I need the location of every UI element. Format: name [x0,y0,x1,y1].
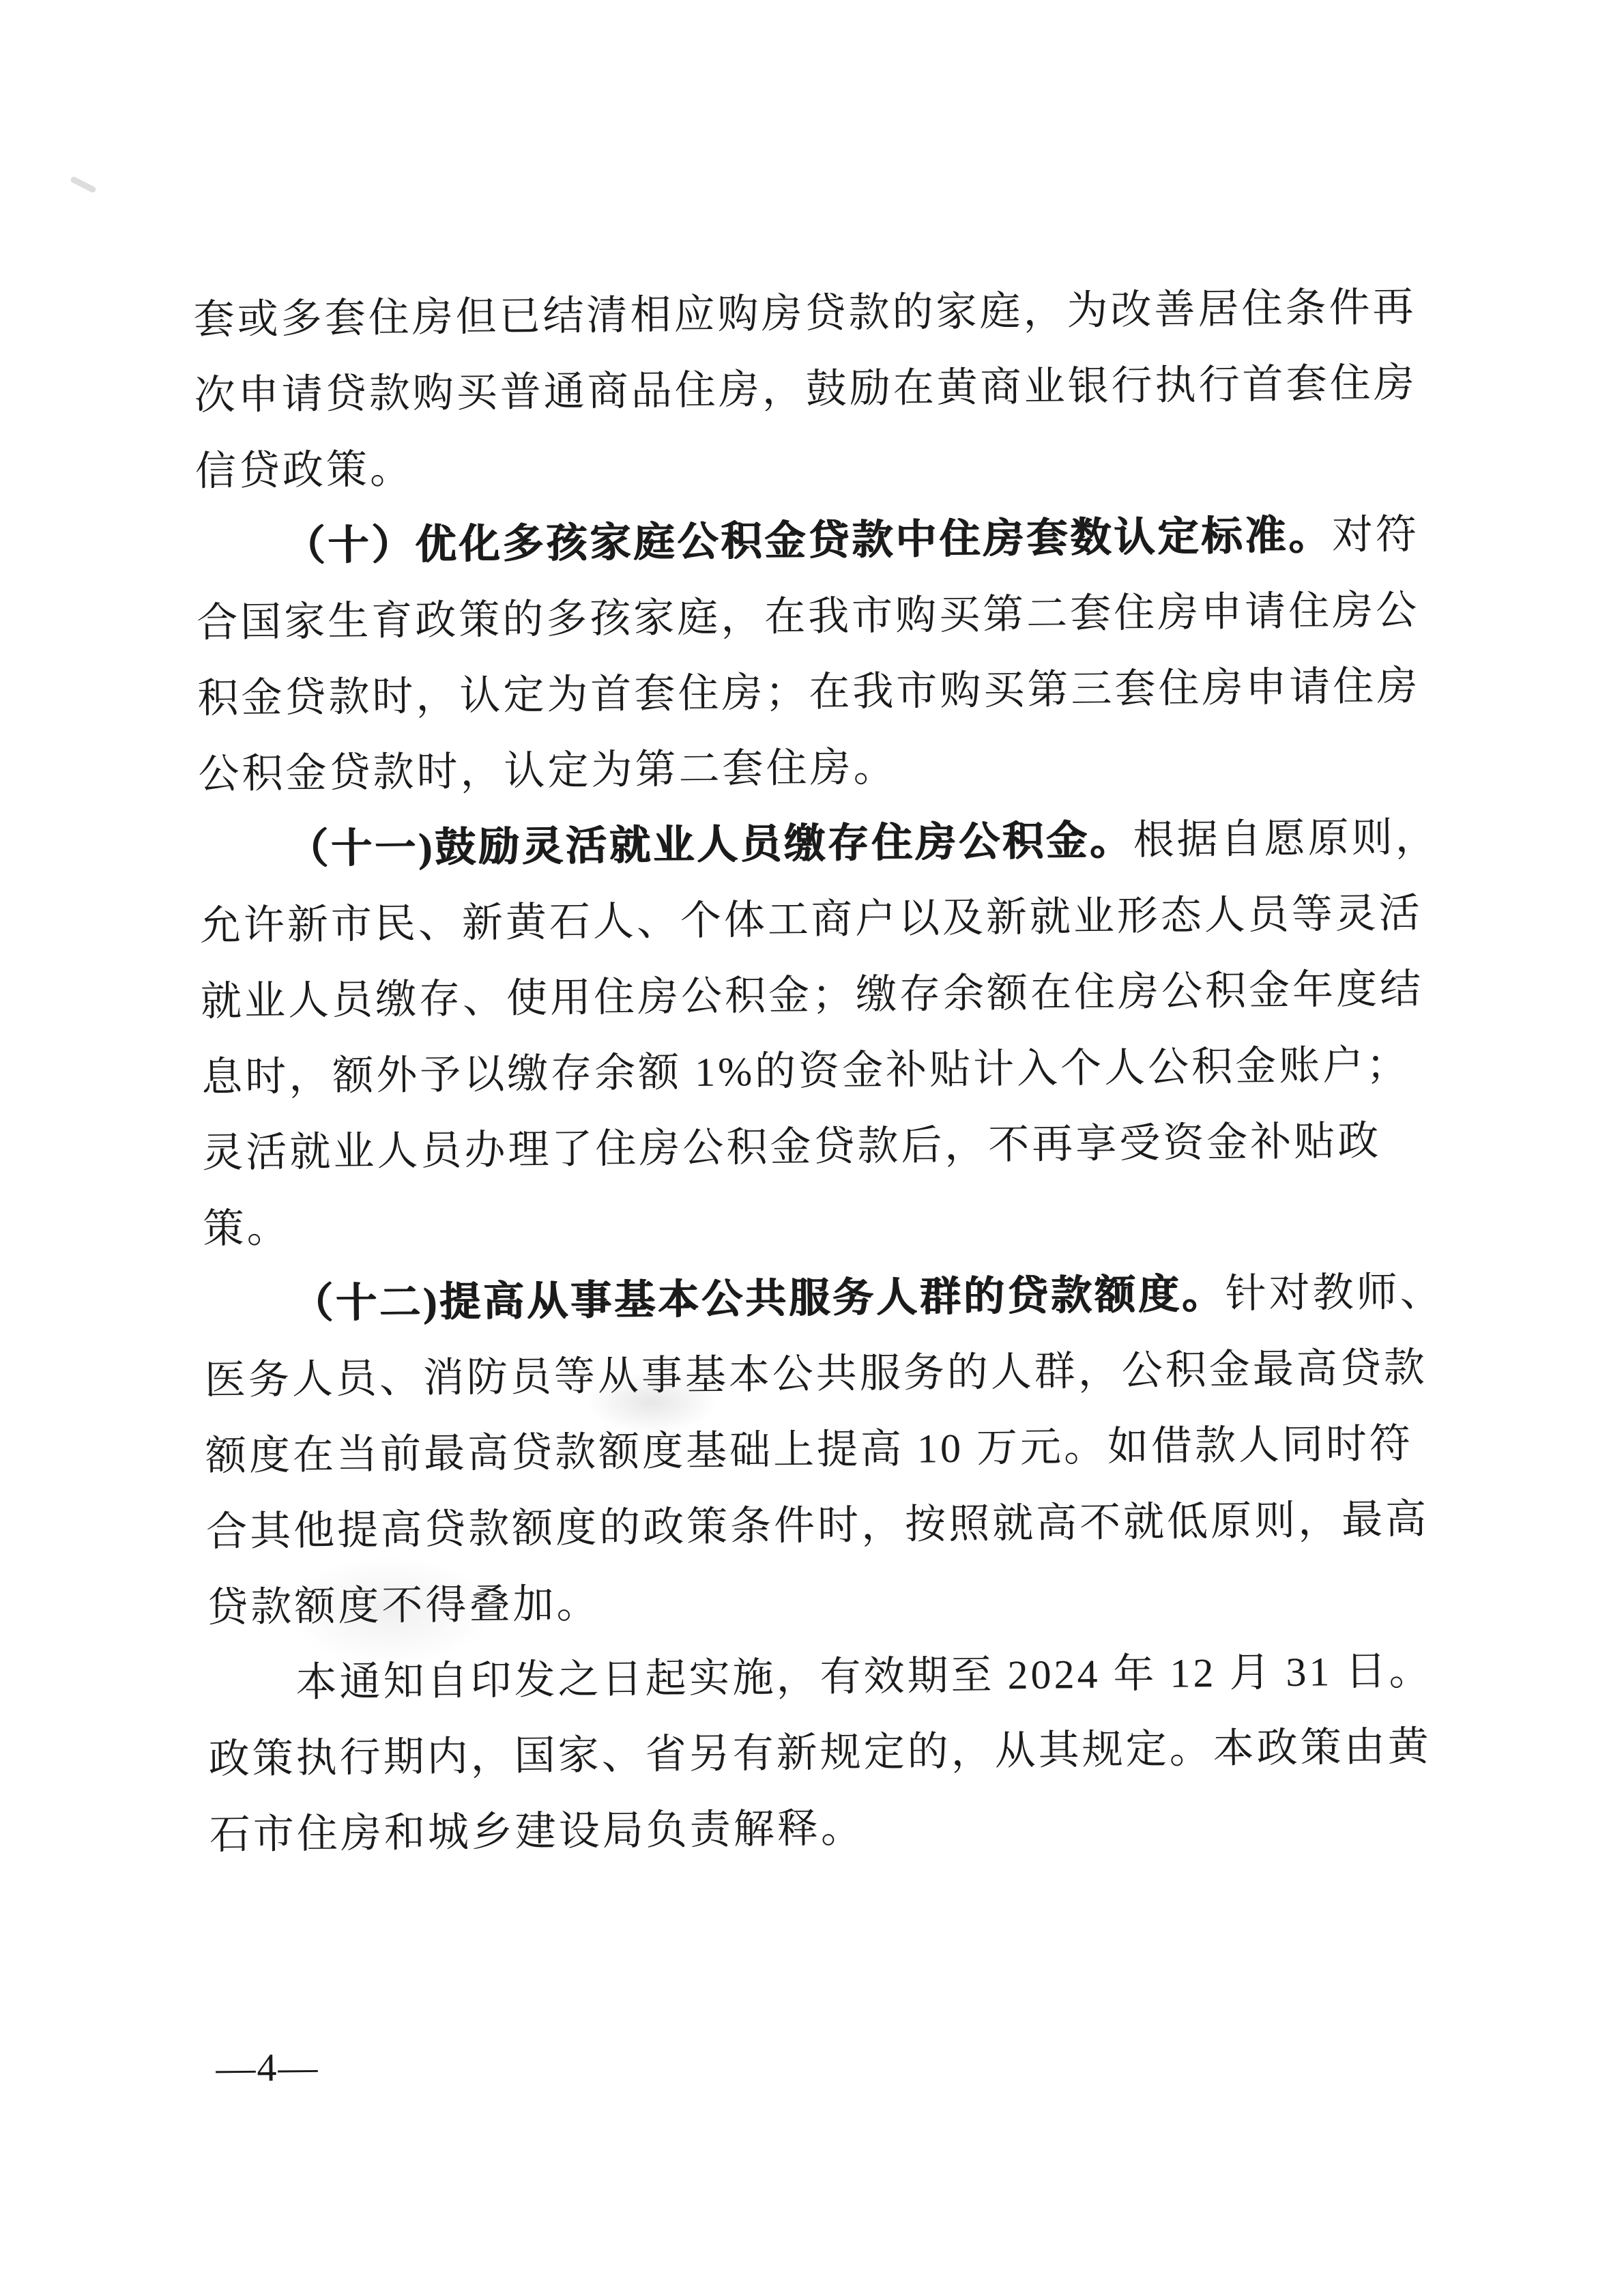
body-text: 积金贷款时，认定为首套住房；在我市购买第三套住房申请住房 [197,663,1421,721]
text-line: 套或多套住房但已结清相应购房贷款的家庭，为改善居住条件再 [193,269,1447,358]
text-line: （十）优化多孩家庭公积金贷款中住房套数认定标准。对符 [196,496,1449,585]
body-text: 对符 [1332,512,1420,558]
body-text: 石市住房和城乡建设局负责解释。 [209,1805,865,1857]
body-text: 贷款额度不得叠加。 [207,1581,600,1630]
section-heading-text: （十）优化多孩家庭公积金贷款中住房套数认定标准。 [284,513,1333,569]
text-line: 贷款额度不得叠加。 [207,1557,1460,1646]
text-line: 额度在当前最高贷款额度基础上提高 10 万元。如借款人同时符 [205,1405,1458,1494]
text-line: 公积金贷款时，认定为第二套住房。 [198,723,1451,812]
body-text: 策。 [203,1205,291,1251]
text-line: 允许新市民、新黄石人、个体工商户以及新就业形态人员等灵活 [199,875,1453,964]
section-heading-text: （十二)提高从事基本公共服务人群的贷款额度。 [291,1272,1226,1326]
text-line: 息时，额外予以缴存余额 1%的资金补贴计入个人公积金账户； [201,1027,1455,1115]
document-body: 套或多套住房但已结清相应购房贷款的家庭，为改善居住条件再次申请贷款购买普通商品住… [193,269,1466,2193]
body-text: 允许新市民、新黄石人、个体工商户以及新就业形态人员等灵活 [200,891,1423,949]
body-text: 套或多套住房但已结清相应购房贷款的家庭，为改善居住条件再 [193,285,1417,343]
text-line: 信贷政策。 [194,420,1448,509]
text-line: 本通知自印发之日起实施，有效期至 2024 年 12 月 31 日。 [207,1633,1461,1721]
text-line: （十二)提高从事基本公共服务人群的贷款额度。针对教师、 [203,1254,1457,1343]
text-line: 合国家生育政策的多孩家庭，在我市购买第二套住房申请住房公 [197,572,1450,661]
body-text: 公积金贷款时，认定为第二套住房。 [198,745,897,797]
body-text: 合国家生育政策的多孩家庭，在我市购买第二套住房申请住房公 [197,588,1420,646]
text-line: 合其他提高贷款额度的政策条件时，按照就高不就低原则，最高 [206,1481,1460,1570]
text-line: 次申请贷款购买普通商品住房，鼓励在黄商业银行执行首套住房 [194,345,1447,433]
text-line: 积金贷款时，认定为首套住房；在我市购买第三套住房申请住房 [197,648,1451,736]
text-line: 政策执行期内，国家、省另有新规定的，从其规定。本政策由黄 [208,1708,1462,1797]
text-line: 灵活就业人员办理了住房公积金贷款后，不再享受资金补贴政 [202,1102,1455,1191]
text-line: 就业人员缴存、使用住房公积金；缴存余额在住房公积金年度结 [201,951,1454,1039]
body-text: 政策执行期内，国家、省另有新规定的，从其规定。本政策由黄 [208,1724,1432,1782]
text-line: 医务人员、消防员等从事基本公共服务的人群，公积金最高贷款 [204,1330,1458,1418]
body-text: 次申请贷款购买普通商品住房，鼓励在黄商业银行执行首套住房 [194,360,1417,418]
text-line: 石市住房和城乡建设局负责解释。 [209,1784,1462,1873]
body-text: 信贷政策。 [195,446,414,493]
scan-artifact-tick [70,175,97,193]
body-text: 息时，额外予以缴存余额 1%的资金补贴计入个人公积金账户； [201,1042,1410,1100]
body-text: 合其他提高贷款额度的政策条件时，按照就高不就低原则，最高 [206,1497,1430,1555]
body-text: 针对教师、 [1225,1269,1444,1317]
scanned-page: 套或多套住房但已结清相应购房贷款的家庭，为改善居住条件再次申请贷款购买普通商品住… [0,0,1624,2296]
section-heading-text: （十一)鼓励灵活就业人员缴存住房公积金。 [287,818,1133,872]
body-text: 本通知自印发之日起实施，有效期至 2024 年 12 月 31 日。 [295,1648,1433,1705]
text-line: 策。 [203,1178,1456,1267]
body-text: 额度在当前最高贷款额度基础上提高 10 万元。如借款人同时符 [205,1421,1414,1479]
body-text: 医务人员、消防员等从事基本公共服务的人群，公积金最高贷款 [205,1345,1428,1403]
body-text: 根据自愿原则， [1133,815,1439,863]
body-text: 灵活就业人员办理了住房公积金贷款后，不再享受资金补贴政 [202,1118,1382,1175]
text-line: （十一)鼓励灵活就业人员缴存住房公积金。根据自愿原则， [199,799,1452,888]
body-text: 就业人员缴存、使用住房公积金；缴存余额在住房公积金年度结 [201,966,1424,1024]
page-number: —4— [216,2030,319,2106]
